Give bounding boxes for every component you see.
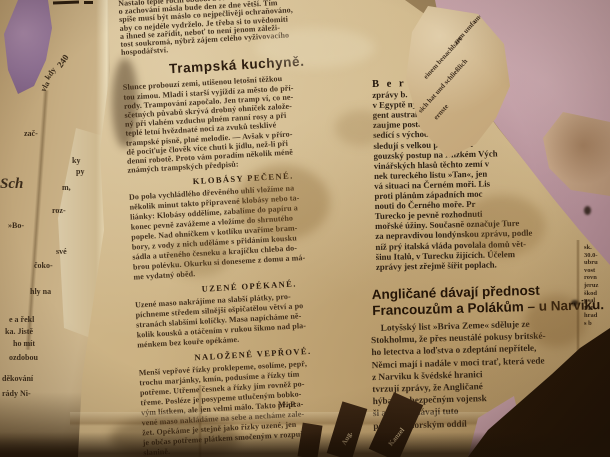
text-fragment: ky [72, 156, 80, 165]
text-fragment: své [56, 247, 67, 256]
stain [112, 58, 138, 148]
text-line: PH [584, 305, 610, 313]
text-fragment: děkování [2, 374, 33, 383]
author-signature: M.-P. [278, 400, 296, 409]
text-fragment: zač- [24, 129, 38, 138]
text-fragment: kdy [43, 66, 58, 82]
text-line: jeruz [584, 282, 610, 290]
text-fragment: »Bo- [8, 221, 24, 230]
text-line: s b [584, 320, 610, 328]
text-fragment: čoko- [34, 261, 53, 270]
text-fragment: ka. Jistě [5, 327, 33, 336]
rule-fragment [84, 1, 93, 4]
text-fragment: ho mít [13, 339, 35, 348]
shadow [0, 432, 610, 457]
paragraph: Uzené maso nakrájíme na slabší plátky, p… [135, 287, 387, 351]
text-fragment: Sch [0, 176, 23, 193]
text-fragment: ernste [432, 103, 450, 122]
text-line: 30.0- [584, 252, 610, 260]
stain [335, 110, 387, 146]
text-line: hrad [584, 312, 610, 320]
text-fragment: e a řekl [9, 315, 34, 324]
text-line: rovn [584, 274, 610, 282]
text-fragment: m, [62, 183, 71, 192]
text-line: psal [584, 297, 610, 305]
right-edge-fragments: sk.30.0-ubruvostrovnjeruzškodpsalPHhrads… [584, 244, 610, 328]
stain [235, 165, 330, 240]
text-line: sk. [584, 244, 610, 252]
text-line: ubru [584, 259, 610, 267]
stain [165, 235, 230, 277]
ink-speck [584, 206, 591, 215]
text-line: vost [584, 267, 610, 275]
text-fragment: roz- [52, 206, 66, 215]
stain [460, 195, 545, 257]
text-fragment: vla [39, 80, 52, 93]
text-fragment: 240 [55, 53, 71, 70]
text-line: škod [584, 290, 610, 298]
text-fragment: hly na [30, 287, 51, 296]
text-fragment: py [76, 167, 84, 176]
photo-of-old-newspaper: 240 kdy vla zač- ky py Sch m, roz- »Bo- … [0, 0, 610, 457]
text-fragment: ozdobou [9, 353, 38, 362]
stain [255, 28, 375, 68]
